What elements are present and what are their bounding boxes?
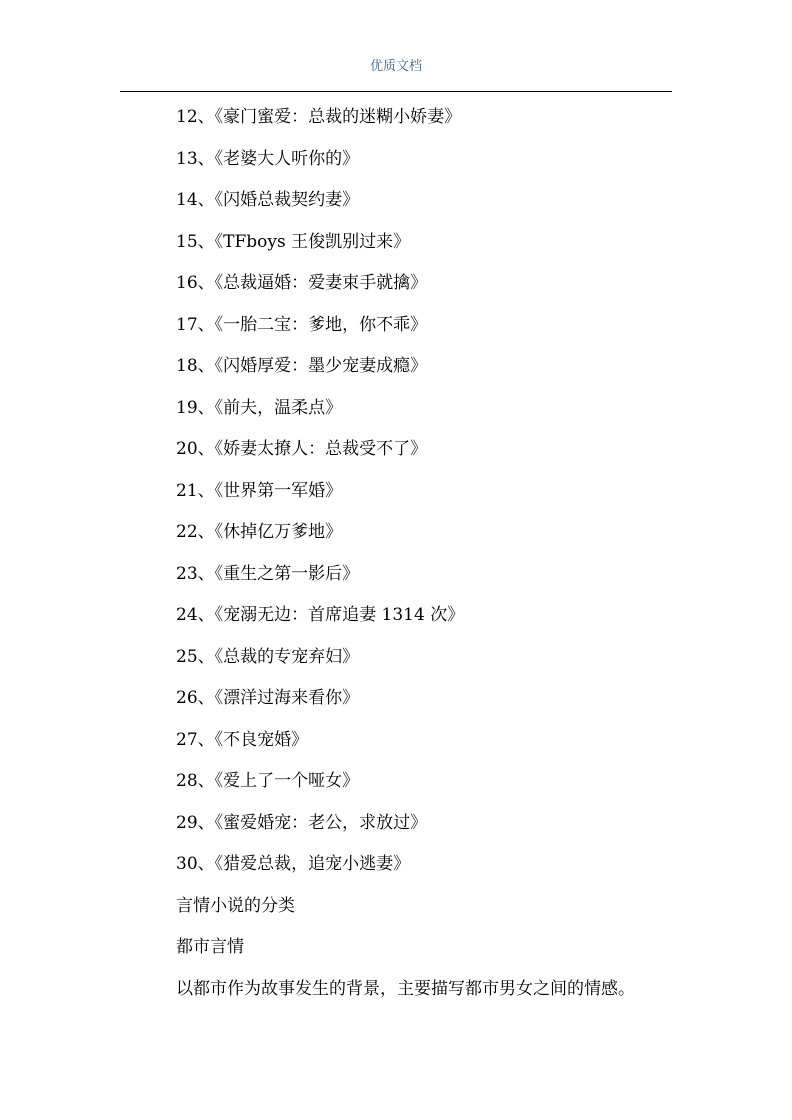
list-item-21: 21、《世界第一军婚》 (176, 478, 696, 520)
list-item-22: 22、《休掉亿万爹地》 (176, 519, 696, 561)
list-item-18: 18、《闪婚厚爱：墨少宠妻成瘾》 (176, 353, 696, 395)
list-item-12: 12、《豪门蜜爱：总裁的迷糊小娇妻》 (176, 104, 696, 146)
list-item-27: 27、《不良宠婚》 (176, 727, 696, 769)
list-item-13: 13、《老婆大人听你的》 (176, 146, 696, 188)
subsection-heading: 都市言情 (176, 934, 696, 976)
list-item-26: 26、《漂洋过海来看你》 (176, 685, 696, 727)
section-heading: 言情小说的分类 (176, 893, 696, 935)
list-item-29: 29、《蜜爱婚宠：老公，求放过》 (176, 810, 696, 852)
list-item-19: 19、《前夫，温柔点》 (176, 395, 696, 437)
list-item-17: 17、《一胎二宝：爹地，你不乖》 (176, 312, 696, 354)
list-item-15: 15、《TFboys 王俊凯别过来》 (176, 229, 696, 271)
paragraph: 以都市作为故事发生的背景，主要描写都市男女之间的情感。 (176, 976, 696, 1018)
document-body: 12、《豪门蜜爱：总裁的迷糊小娇妻》 13、《老婆大人听你的》 14、《闪婚总裁… (176, 104, 696, 1017)
list-item-23: 23、《重生之第一影后》 (176, 561, 696, 603)
list-item-16: 16、《总裁逼婚：爱妻束手就擒》 (176, 270, 696, 312)
header-divider (120, 91, 672, 92)
list-item-28: 28、《爱上了一个哑女》 (176, 768, 696, 810)
list-item-24: 24、《宠溺无边：首席追妻 1314 次》 (176, 602, 696, 644)
list-item-14: 14、《闪婚总裁契约妻》 (176, 187, 696, 229)
page-header-title: 优质文档 (0, 59, 792, 75)
list-item-30: 30、《猎爱总裁，追宠小逃妻》 (176, 851, 696, 893)
list-item-25: 25、《总裁的专宠弃妇》 (176, 644, 696, 686)
list-item-20: 20、《娇妻太撩人：总裁受不了》 (176, 436, 696, 478)
